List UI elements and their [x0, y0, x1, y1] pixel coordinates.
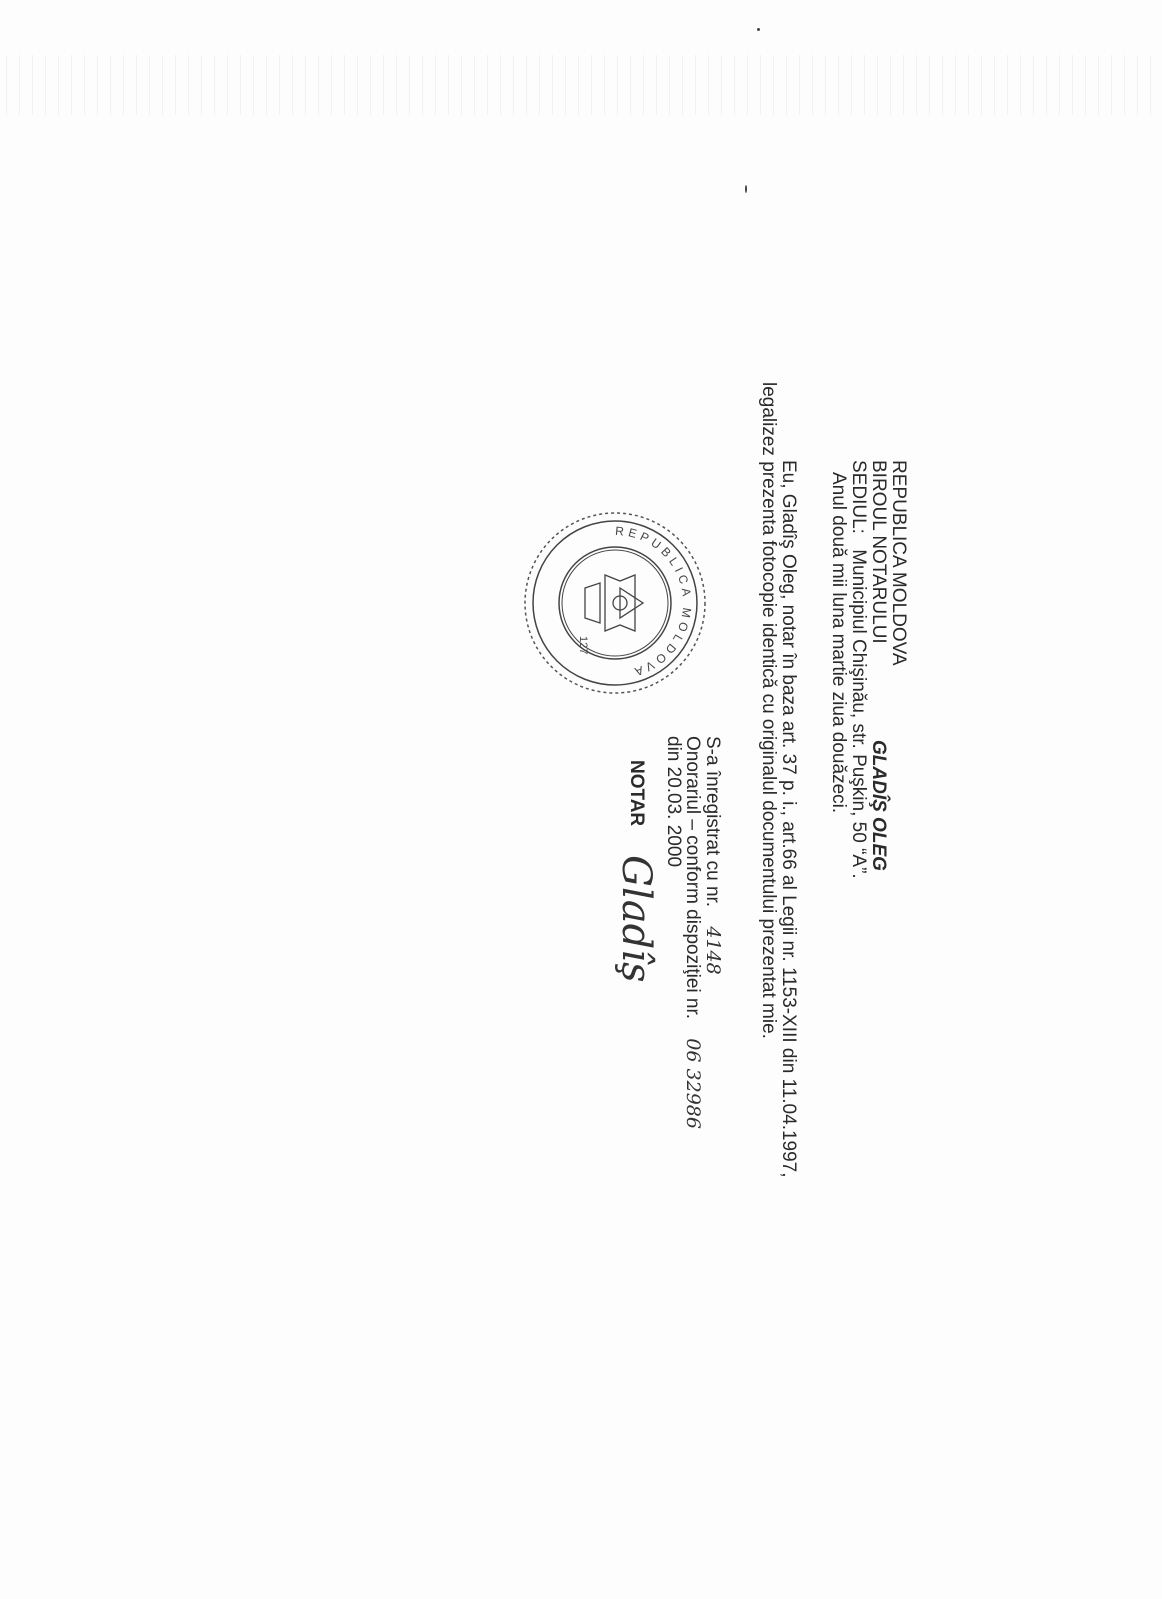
registration-number: 4148	[702, 926, 724, 974]
notary-name: GLADÎŞ OLEG	[868, 740, 888, 871]
certification-line-2: legalizez prezenta fotocopie identică cu…	[758, 382, 778, 1039]
registration-line: S-a înregistrat cu nr. 4148	[702, 736, 723, 975]
seat-address: Municipiul Chişinău, str. Puşkin, 50 “A”…	[848, 549, 869, 878]
country-heading: REPUBLICA MOLDOVA	[888, 460, 908, 666]
office-label: BIROUL NOTARULUI	[868, 460, 889, 644]
svg-text:127: 127	[577, 636, 589, 654]
certification-line-1: Eu, Gladîş Oleg, notar în baza art. 37 p…	[778, 460, 798, 1178]
seat-line: SEDIUL: Municipiul Chişinău, str. Puşkin…	[848, 460, 868, 879]
scan-speck	[757, 28, 760, 31]
date-line: Anul două mii luna martie ziua douăzeci.	[828, 472, 848, 813]
notary-signature: Gladîş	[614, 855, 658, 983]
notary-role-label: NOTAR	[626, 760, 646, 826]
fee-number: 06 32986	[682, 1038, 704, 1129]
registration-date: din 20.03. 2000	[663, 736, 683, 867]
scan-noise-band	[0, 55, 1162, 115]
notary-seal-icon: REPUBLICA MOLDOVA 127	[520, 508, 710, 698]
seat-label: SEDIUL:	[848, 460, 869, 534]
fee-label: Onorariul – conform dispoziţiei nr.	[682, 736, 703, 1019]
office-heading: BIROUL NOTARULUI GLADÎŞ OLEG	[868, 460, 888, 644]
scan-speck	[745, 185, 747, 193]
registration-label: S-a înregistrat cu nr.	[702, 736, 723, 907]
fee-line: Onorariul – conform dispoziţiei nr. 06 3…	[682, 736, 703, 1129]
